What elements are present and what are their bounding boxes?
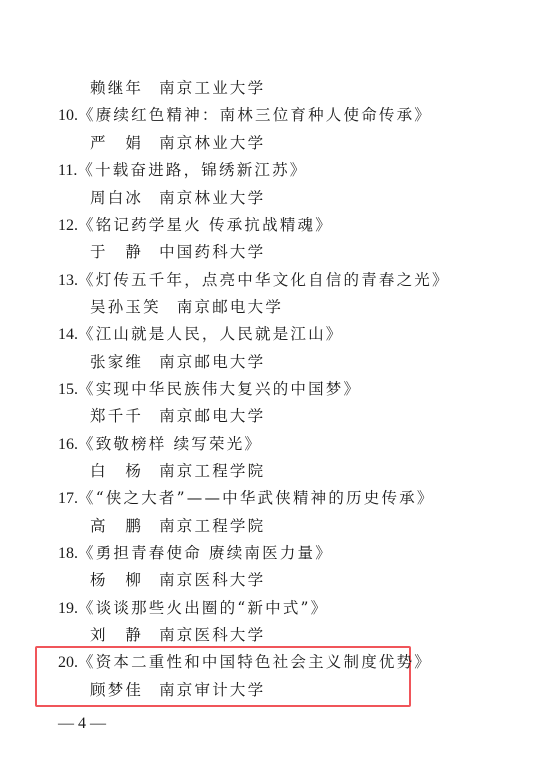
author-line: 于 静中国药科大学 xyxy=(90,240,265,264)
entry-title-line: 15.《实现中华民族伟大复兴的中国梦》 xyxy=(58,377,361,401)
author-school: 南京林业大学 xyxy=(159,189,265,207)
entry-number: 10. xyxy=(58,107,78,124)
page-number: — 4 — xyxy=(58,712,106,736)
entry-number: 14. xyxy=(58,326,78,343)
author-line: 赖继年南京工业大学 xyxy=(90,76,265,100)
author-line: 白 杨南京工程学院 xyxy=(90,459,265,483)
author-name: 周白冰 xyxy=(90,189,143,207)
author-school: 南京工程学院 xyxy=(159,517,265,535)
entry-title: 《勇担青春使命 赓续南医力量》 xyxy=(78,544,333,562)
entry-title-line: 14.《江山就是人民，人民就是江山》 xyxy=(58,322,344,346)
author-school: 南京工程学院 xyxy=(159,462,265,480)
entry-title: 《谈谈那些火出圈的“新中式”》 xyxy=(78,599,328,617)
author-line: 高 鹏南京工程学院 xyxy=(90,514,265,538)
author-name: 赖继年 xyxy=(90,79,143,97)
entry-title: 《“侠之大者”——中华武侠精神的历史传承》 xyxy=(78,489,435,507)
author-line: 严 娟南京林业大学 xyxy=(90,131,265,155)
entry-title-line: 16.《致敬榜样 续写荣光》 xyxy=(58,432,262,456)
author-name: 杨 柳 xyxy=(90,571,143,589)
entry-number: 20. xyxy=(58,654,78,671)
entry-title: 《资本二重性和中国特色社会主义制度优势》 xyxy=(78,653,432,671)
author-line: 吴孙玉笑南京邮电大学 xyxy=(90,295,283,319)
document-page: 赖继年南京工业大学 10.《赓续红色精神：南林三位育种人使命传承》 严 娟南京林… xyxy=(0,0,544,775)
entry-title-line: 19.《谈谈那些火出圈的“新中式”》 xyxy=(58,596,328,620)
entry-title: 《江山就是人民，人民就是江山》 xyxy=(78,325,344,343)
entry-number: 16. xyxy=(58,436,78,453)
entry-title: 《铭记药学星火 传承抗战精魂》 xyxy=(78,216,333,234)
entry-title-line: 20.《资本二重性和中国特色社会主义制度优势》 xyxy=(58,650,432,674)
author-name: 高 鹏 xyxy=(90,517,143,535)
entry-title-line: 18.《勇担青春使命 赓续南医力量》 xyxy=(58,541,333,565)
author-name: 顾梦佳 xyxy=(90,681,143,699)
entry-title-line: 10.《赓续红色精神：南林三位育种人使命传承》 xyxy=(58,103,432,127)
author-school: 南京工业大学 xyxy=(159,79,265,97)
entry-number: 11. xyxy=(58,162,77,179)
author-line: 周白冰南京林业大学 xyxy=(90,186,265,210)
entry-number: 12. xyxy=(58,217,78,234)
entry-number: 15. xyxy=(58,381,78,398)
author-line: 刘 静南京医科大学 xyxy=(90,623,265,647)
entry-title: 《十载奋进路，锦绣新江苏》 xyxy=(77,161,307,179)
entry-number: 17. xyxy=(58,490,78,507)
author-school: 南京医科大学 xyxy=(159,571,265,589)
entry-title-line: 12.《铭记药学星火 传承抗战精魂》 xyxy=(58,213,333,237)
author-name: 吴孙玉笑 xyxy=(90,298,161,316)
author-name: 白 杨 xyxy=(90,462,143,480)
author-name: 刘 静 xyxy=(90,626,143,644)
entry-title-line: 11.《十载奋进路，锦绣新江苏》 xyxy=(58,158,308,182)
author-school: 中国药科大学 xyxy=(159,243,265,261)
author-school: 南京邮电大学 xyxy=(159,407,265,425)
author-line: 杨 柳南京医科大学 xyxy=(90,568,265,592)
entry-number: 19. xyxy=(58,600,78,617)
author-school: 南京审计大学 xyxy=(159,681,265,699)
entry-title: 《赓续红色精神：南林三位育种人使命传承》 xyxy=(78,106,432,124)
author-line: 张家维南京邮电大学 xyxy=(90,350,265,374)
author-school: 南京邮电大学 xyxy=(177,298,283,316)
entry-title: 《灯传五千年，点亮中华文化自信的青春之光》 xyxy=(78,271,450,289)
entry-number: 18. xyxy=(58,545,78,562)
author-school: 南京林业大学 xyxy=(159,134,265,152)
author-line: 顾梦佳南京审计大学 xyxy=(90,678,265,702)
author-line: 郑千千南京邮电大学 xyxy=(90,404,265,428)
author-school: 南京邮电大学 xyxy=(159,353,265,371)
author-name: 严 娟 xyxy=(90,134,143,152)
author-school: 南京医科大学 xyxy=(159,626,265,644)
entry-number: 13. xyxy=(58,272,78,289)
author-name: 张家维 xyxy=(90,353,143,371)
author-name: 于 静 xyxy=(90,243,143,261)
entry-title: 《实现中华民族伟大复兴的中国梦》 xyxy=(78,380,361,398)
entry-title-line: 17.《“侠之大者”——中华武侠精神的历史传承》 xyxy=(58,486,435,510)
author-name: 郑千千 xyxy=(90,407,143,425)
entry-title-line: 13.《灯传五千年，点亮中华文化自信的青春之光》 xyxy=(58,268,450,292)
entry-title: 《致敬榜样 续写荣光》 xyxy=(78,435,262,453)
